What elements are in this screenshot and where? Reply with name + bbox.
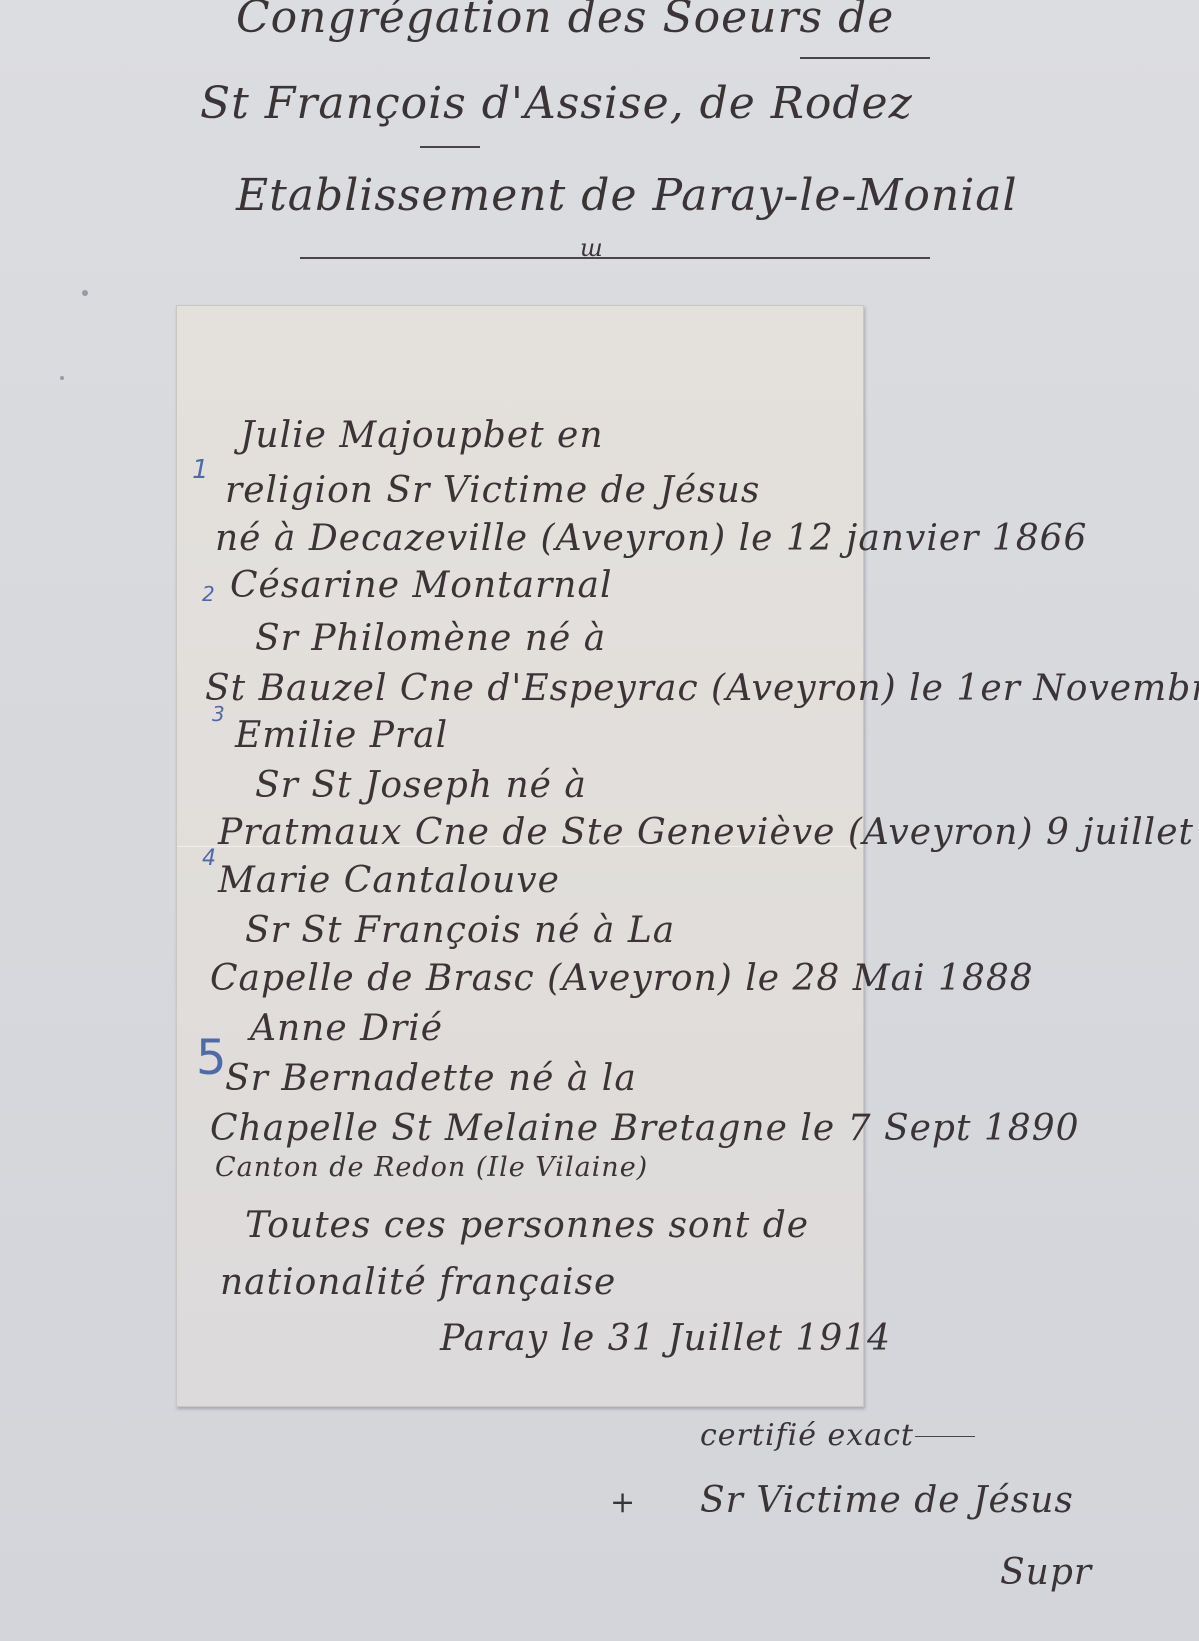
paper-spot — [60, 376, 64, 380]
entry-1-name: Julie Majoupbet en — [240, 415, 604, 456]
paper-spot — [82, 290, 88, 296]
closing-line-2: nationalité française — [220, 1262, 616, 1303]
entry-5-canton: Canton de Redon (Ile Vilaine) — [215, 1152, 648, 1183]
margin-number-4: 4 — [202, 846, 216, 871]
entry-4-birth: Capelle de Brasc (Aveyron) le 28 Mai 188… — [210, 958, 1034, 999]
entry-2-birth: St Bauzel Cne d'Espeyrac (Aveyron) le 1e… — [205, 668, 1199, 709]
entry-3-birth: Pratmaux Cne de Ste Geneviève (Aveyron) … — [218, 812, 1199, 853]
margin-number-5: 5 — [196, 1030, 227, 1086]
header-underline-1 — [800, 57, 930, 59]
header-short-rule — [420, 146, 480, 148]
entry-4-religious-name: Sr St François né à La — [245, 910, 675, 951]
cross-mark: + — [610, 1485, 636, 1520]
certification-statement: certifié exact — [700, 1418, 914, 1453]
header-establishment: Etablissement de Paray-le-Monial — [236, 170, 1018, 221]
entry-1-birth: né à Decazeville (Aveyron) le 12 janvier… — [215, 518, 1087, 559]
entry-2-religious-name: Sr Philomène né à — [255, 618, 606, 659]
entry-3-religious-name: Sr St Joseph né à — [255, 765, 587, 806]
margin-number-1: 1 — [192, 455, 209, 485]
signature-title: Supr — [1000, 1552, 1092, 1593]
entry-2-name: Césarine Montarnal — [230, 565, 612, 606]
header-rule-ornament: ш — [580, 234, 604, 262]
entry-3-name: Emilie Pral — [235, 715, 448, 756]
header-congregation: Congrégation des Soeurs de — [236, 0, 894, 43]
place-date: Paray le 31 Juillet 1914 — [440, 1318, 891, 1359]
header-rule-right — [610, 257, 930, 259]
entry-1-religious-name: religion Sr Victime de Jésus — [225, 470, 760, 511]
signature-name: Sr Victime de Jésus — [700, 1480, 1074, 1521]
margin-number-2: 2 — [202, 582, 215, 606]
entry-5-birth: Chapelle St Melaine Bretagne le 7 Sept 1… — [210, 1108, 1080, 1149]
outer-document-sheet: Congrégation des Soeurs de St François d… — [0, 0, 1199, 1641]
certification-underline — [915, 1436, 975, 1437]
entry-5-religious-name: Sr Bernadette né à la — [225, 1058, 637, 1099]
entry-5-name: Anne Drié — [250, 1008, 443, 1049]
closing-line-1: Toutes ces personnes sont de — [245, 1205, 809, 1246]
header-order-name: St François d'Assise, de Rodez — [200, 78, 913, 129]
entry-4-name: Marie Cantalouve — [218, 860, 560, 901]
